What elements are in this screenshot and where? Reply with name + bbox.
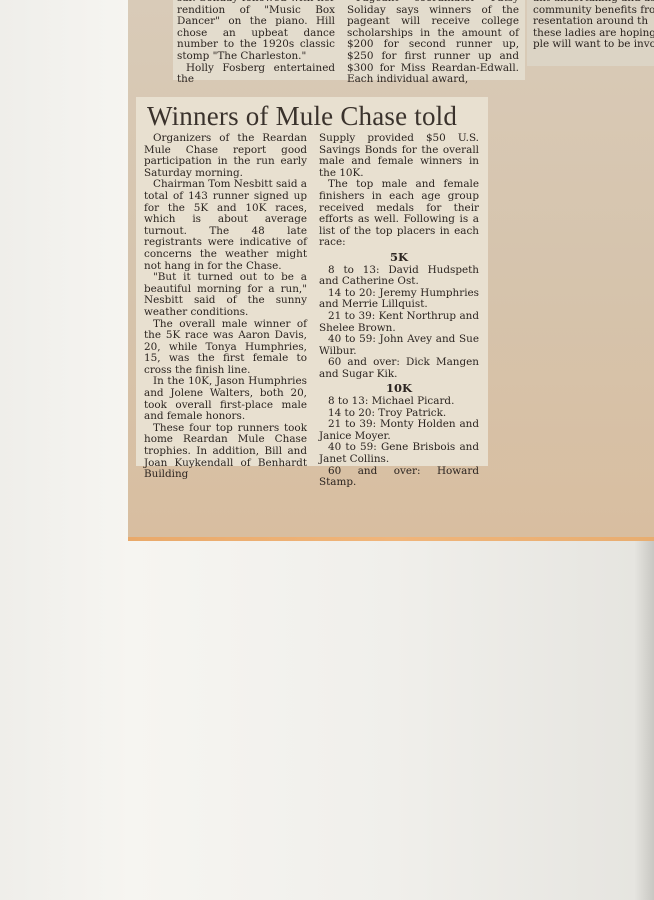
paragraph: Pageant coordinator Patsy Soliday says w…	[347, 0, 519, 86]
paragraph: Supply provided $50 U.S. Savings Bonds f…	[319, 133, 479, 179]
top-clipping-column-1: sar. Soliday followed with her rendition…	[177, 0, 335, 86]
race-heading-10k: 10K	[319, 383, 479, 395]
race-result: 40 to 59: Gene Brisbois and Janet Collin…	[319, 442, 479, 465]
race-result: 14 to 20: Jeremy Humphries and Merrie Li…	[319, 288, 479, 311]
race-result: 8 to 13: Michael Picard.	[319, 396, 479, 408]
paragraph: The overall male winner of the 5K race w…	[144, 319, 307, 377]
text-line: ple will want to be involv	[533, 39, 654, 51]
right-clipping: ant undertaking and as th community bene…	[527, 0, 654, 66]
race-result: 60 and over: Dick Mangen and Sugar Kik.	[319, 357, 479, 380]
paragraph: In the 10K, Jason Humphries and Jolene W…	[144, 376, 307, 422]
paragraph: sar. Soliday followed with her rendition…	[177, 0, 335, 63]
paragraph: The top male and female finishers in eac…	[319, 179, 479, 249]
race-heading-5k: 5K	[319, 252, 479, 264]
article-left-column: Organizers of the Reardan Mule Chase rep…	[144, 133, 307, 481]
top-clipping-column-2: Pageant coordinator Patsy Soliday says w…	[347, 0, 519, 86]
paragraph: Organizers of the Reardan Mule Chase rep…	[144, 133, 307, 179]
paragraph: These four top runners took home Reardan…	[144, 423, 307, 481]
right-clipping-column: ant undertaking and as th community bene…	[533, 0, 654, 51]
race-result: 21 to 39: Monty Holden and Janice Moyer.	[319, 419, 479, 442]
article-headline: Winners of Mule Chase told	[147, 101, 457, 131]
article-clipping: Winners of Mule Chase told Organizers of…	[136, 97, 488, 466]
race-result: 21 to 39: Kent Northrup and Shelee Brown…	[319, 311, 479, 334]
race-result: 60 and over: Howard Stamp.	[319, 466, 479, 489]
paragraph: Holly Fosberg entertained the	[177, 63, 335, 86]
race-result: 40 to 59: John Avey and Sue Wilbur.	[319, 334, 479, 357]
article-right-column: Supply provided $50 U.S. Savings Bonds f…	[319, 133, 479, 489]
top-clipping: sar. Soliday followed with her rendition…	[173, 0, 525, 80]
paragraph: Chairman Tom Nesbitt said a total of 143…	[144, 179, 307, 272]
race-result: 8 to 13: David Hudspeth and Catherine Os…	[319, 265, 479, 288]
paragraph: "But it turned out to be a beautiful mor…	[144, 272, 307, 318]
